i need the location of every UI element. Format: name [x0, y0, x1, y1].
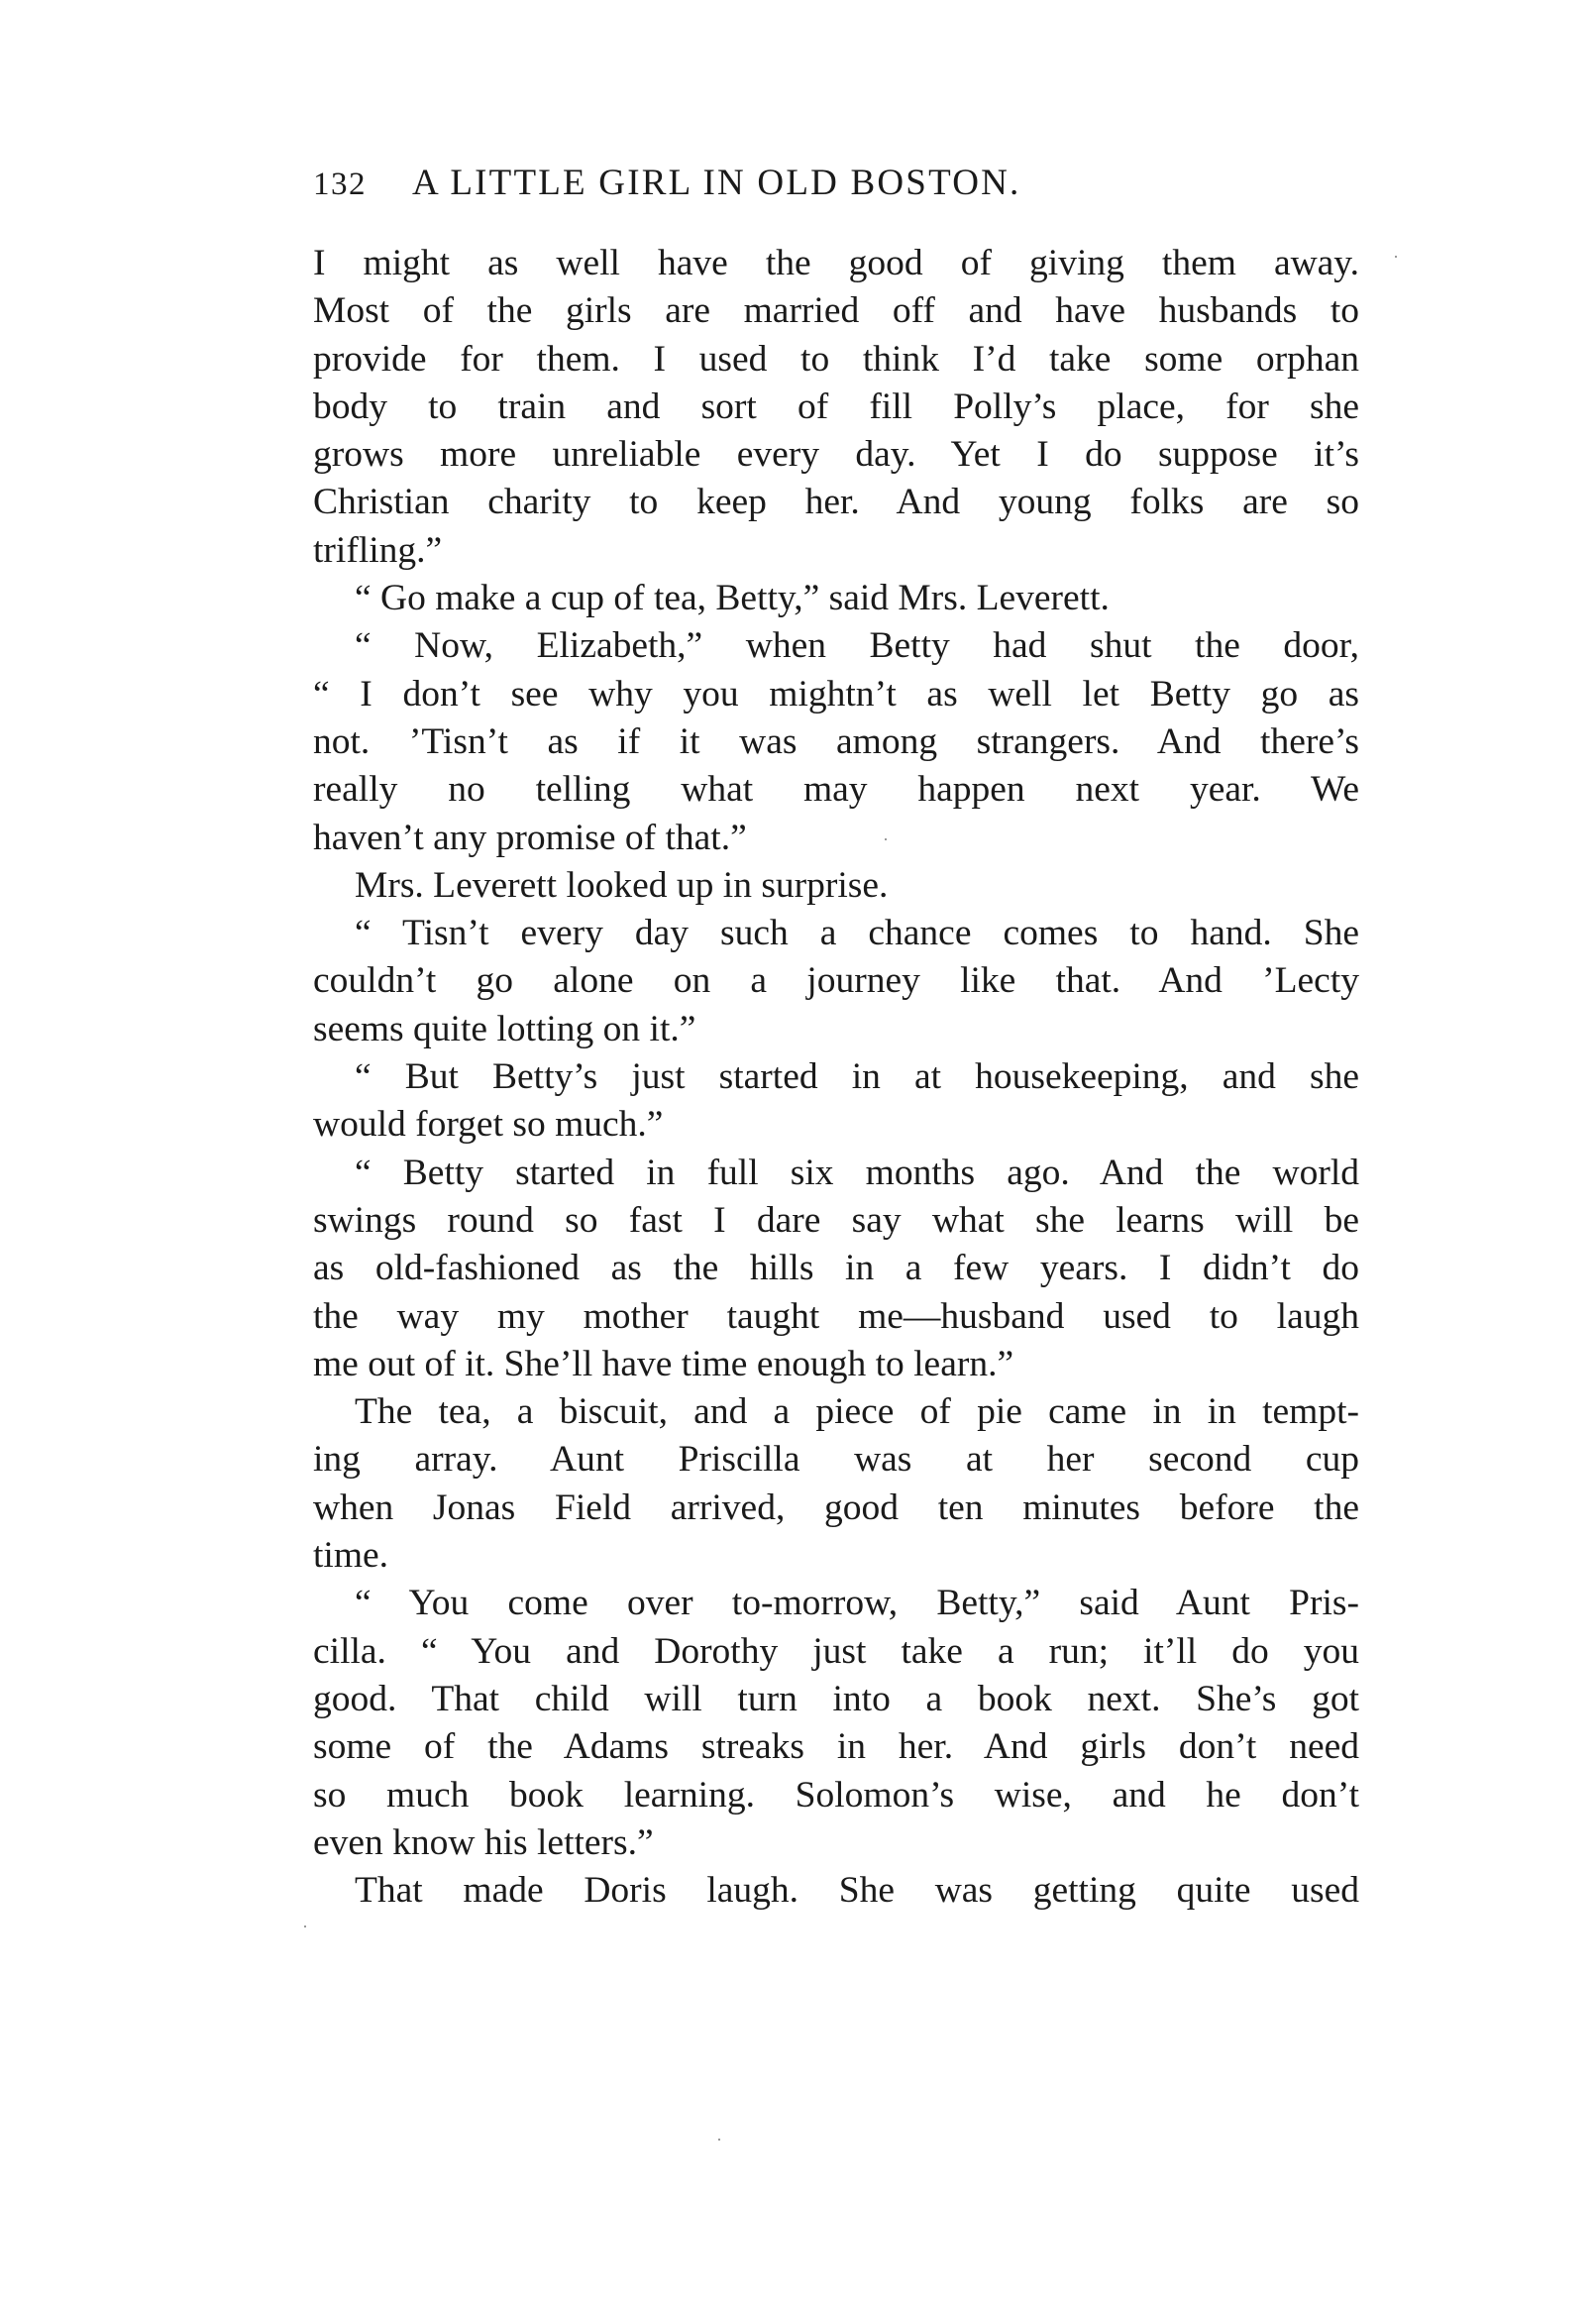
text-line: cilla. “ You and Dorothy just take a run… — [313, 1628, 1359, 1676]
text-line: would forget so much.” — [313, 1101, 1359, 1149]
text-line: not. ’Tisn’t as if it was among stranger… — [313, 718, 1359, 766]
text-line: The tea, a biscuit, and a piece of pie c… — [313, 1388, 1359, 1436]
text-line: seems quite lotting on it.” — [313, 1006, 1359, 1053]
text-line: “ Now, Elizabeth,” when Betty had shut t… — [313, 622, 1359, 670]
text-line: Most of the girls are married off and ha… — [313, 287, 1359, 335]
running-title: A LITTLE GIRL IN OLD BOSTON. — [412, 159, 1021, 208]
text-line: “ Betty started in full six months ago. … — [313, 1150, 1359, 1197]
text-line: me out of it. She’ll have time enough to… — [313, 1341, 1359, 1388]
body-text: I might as well have the good of giving … — [313, 240, 1359, 1915]
scan-speck — [718, 2139, 720, 2141]
text-line: That made Doris laugh. She was getting q… — [313, 1867, 1359, 1915]
text-line: provide for them. I used to think I’d ta… — [313, 336, 1359, 384]
text-line: trifling.” — [313, 527, 1359, 575]
page-number: 132 — [313, 160, 412, 209]
text-line: as old-fashioned as the hills in a few y… — [313, 1245, 1359, 1292]
scan-speck — [885, 838, 887, 840]
text-line: “ I don’t see why you mightn’t as well l… — [313, 671, 1359, 718]
text-line: good. That child will turn into a book n… — [313, 1676, 1359, 1723]
running-head: 132A LITTLE GIRL IN OLD BOSTON. — [313, 159, 1363, 208]
text-line: “ You come over to-morrow, Betty,” said … — [313, 1580, 1359, 1627]
text-line: couldn’t go alone on a journey like that… — [313, 957, 1359, 1005]
text-line: “ Tisn’t every day such a chance comes t… — [313, 910, 1359, 957]
text-line: the way my mother taught me—husband used… — [313, 1293, 1359, 1341]
text-line: haven’t any promise of that.” — [313, 815, 1359, 862]
text-line: I might as well have the good of giving … — [313, 240, 1359, 287]
text-line: so much book learning. Solomon’s wise, a… — [313, 1772, 1359, 1819]
text-line: “ But Betty’s just started in at houseke… — [313, 1053, 1359, 1101]
text-line: really no telling what may happen next y… — [313, 766, 1359, 814]
text-line: when Jonas Field arrived, good ten minut… — [313, 1485, 1359, 1532]
text-line: time. — [313, 1532, 1359, 1580]
text-line: ing array. Aunt Priscilla was at her sec… — [313, 1436, 1359, 1484]
scan-speck — [304, 1926, 306, 1927]
text-line: Christian charity to keep her. And young… — [313, 479, 1359, 526]
text-line: swings round so fast I dare say what she… — [313, 1197, 1359, 1245]
book-page: 132A LITTLE GIRL IN OLD BOSTON. I might … — [0, 0, 1596, 2311]
text-line: Mrs. Leverett looked up in surprise. — [313, 862, 1359, 910]
text-line: some of the Adams streaks in her. And gi… — [313, 1723, 1359, 1771]
text-line: body to train and sort of fill Polly’s p… — [313, 384, 1359, 431]
scan-speck — [1395, 256, 1397, 258]
text-line: “ Go make a cup of tea, Betty,” said Mrs… — [313, 575, 1359, 622]
text-line: grows more unreliable every day. Yet I d… — [313, 431, 1359, 479]
text-line: even know his letters.” — [313, 1819, 1359, 1867]
